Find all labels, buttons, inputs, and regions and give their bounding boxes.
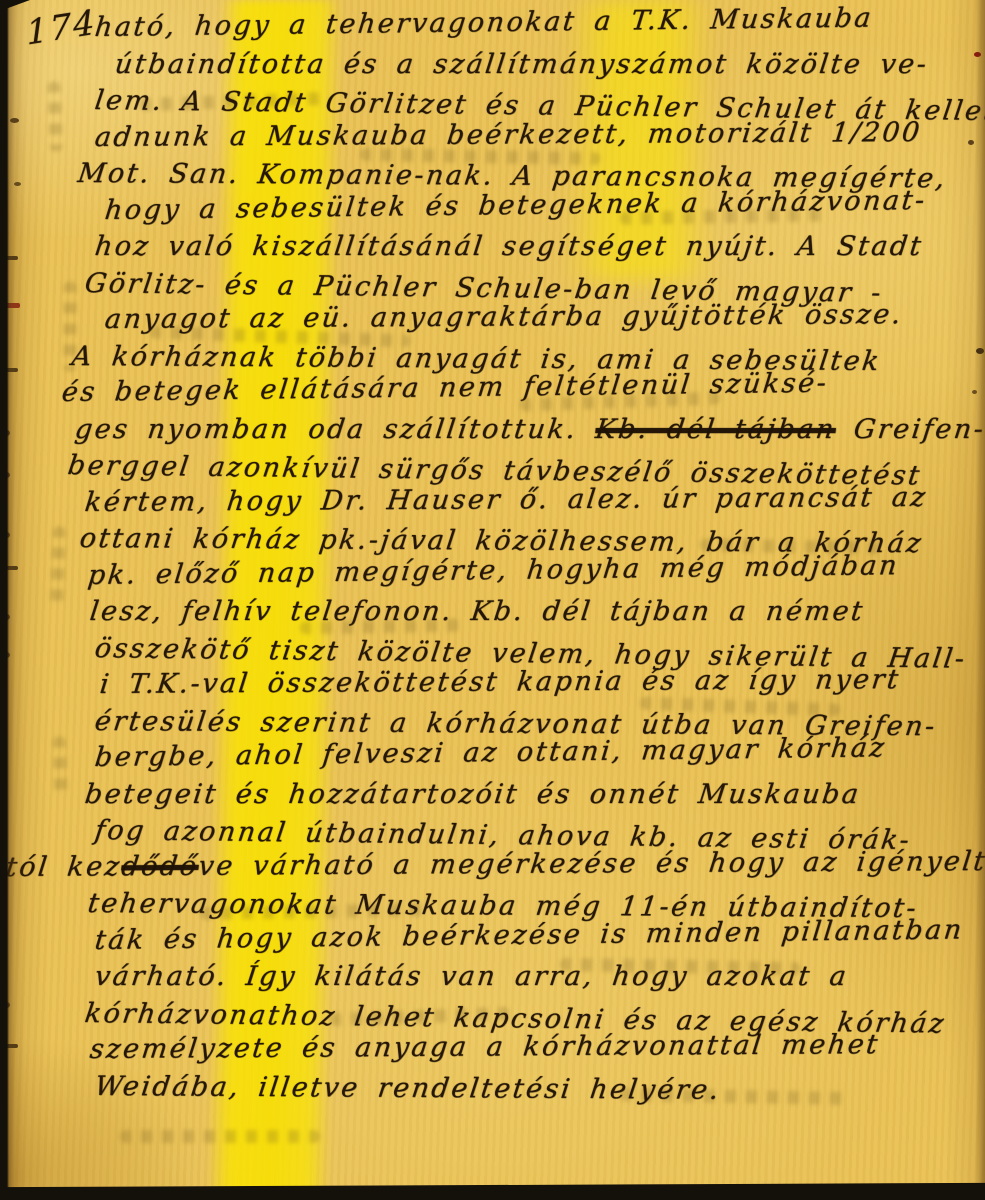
handwritten-line: adnunk a Muskauba beérkezett, motorizált… [93, 116, 923, 152]
margin-mark-red-dash [3, 303, 20, 308]
handwritten-line: ható, hogy a tehervagonokat a T.K. Muska… [93, 3, 875, 43]
text-segment: anyagot az eü. anyagraktárba gyűjtötték … [103, 299, 905, 335]
margin-mark-dash [3, 368, 18, 372]
text-segment: pk. előző nap megígérte, hogyha még módj… [86, 550, 900, 591]
margin-mark-dot [3, 532, 10, 538]
handwritten-line: kértem, hogy Dr. Hauser ő. alez. úr para… [83, 481, 929, 517]
text-segment: személyzete és anyaga a kórházvonattal m… [88, 1029, 881, 1065]
ink-speck [968, 140, 974, 145]
margin-mark-dot [3, 472, 10, 478]
text-segment: Greifen- [834, 414, 985, 445]
handwritten-line: betegeit és hozzátartozóit és onnét Musk… [83, 779, 862, 810]
ink-speck [14, 182, 21, 186]
scanned-document-page: 174 ható, hogy a tehervagonokat a T.K. M… [0, 0, 985, 1200]
text-segment: és betegek ellátására nem feltétlenül sz… [60, 368, 830, 408]
text-segment: útbaindította és a szállítmányszámot köz… [113, 49, 930, 80]
margin-mark-dot [3, 614, 10, 620]
text-segment: ve várható a megérkezése és hogy az igén… [197, 846, 985, 882]
text-segment: Weidába, illetve rendeltetési helyére. [93, 1071, 723, 1106]
ink-speck [972, 390, 977, 394]
margin-mark-dash [3, 1044, 18, 1048]
page-number: 174 [25, 2, 97, 53]
handwritten-line: hogy a sebesültek és betegeknek a kórház… [103, 184, 928, 225]
text-segment: ható, hogy a tehervagonokat a T.K. Muska… [93, 3, 875, 43]
bleedthrough-smudge [120, 1130, 320, 1143]
text-segment: ges nyomban oda szállítottuk. [73, 414, 597, 445]
margin-mark-dash [3, 566, 18, 570]
handwritten-line: hoz való kiszállításánál segítséget nyúj… [93, 231, 925, 262]
handwritten-line: várható. Így kilátás van arra, hogy azok… [93, 961, 850, 992]
handwritten-line: és betegek ellátására nem feltétlenül sz… [60, 368, 830, 408]
scan-edge-right [975, 0, 985, 1200]
text-segment: tól kez [4, 851, 123, 883]
struck-text: dődő [120, 850, 201, 881]
handwritten-line: i T.K.-val összeköttetést kapnia és az í… [98, 664, 902, 700]
bleedthrough-smudge [47, 81, 62, 151]
ink-speck [10, 118, 19, 123]
handwritten-line: tól kezdődőve várható a megérkezése és h… [4, 846, 985, 883]
text-segment: hogy a sebesültek és betegeknek a kórház… [103, 184, 928, 225]
scan-edge-bottom [0, 1183, 985, 1200]
text-segment: hoz való kiszállításánál segítséget nyúj… [93, 231, 925, 262]
handwritten-line: ták és hogy azok beérkezése is minden pi… [93, 914, 965, 956]
text-segment: bergbe, ahol felveszi az ottani, magyar … [93, 732, 888, 773]
text-segment: adnunk a Muskauba beérkezett, motorizált… [93, 116, 923, 152]
handwritten-line: Weidába, illetve rendeltetési helyére. [93, 1071, 723, 1106]
ink-speck [974, 52, 981, 57]
text-segment: lesz, felhív telefonon. Kb. dél tájban a… [88, 596, 866, 627]
margin-mark-dot [3, 430, 10, 436]
bleedthrough-smudge [52, 736, 67, 796]
margin-mark-dash [3, 256, 18, 260]
handwritten-line: pk. előző nap megígérte, hogyha még módj… [86, 550, 900, 591]
scan-corner-mark [0, 0, 30, 11]
margin-mark-dot [3, 1002, 10, 1008]
struck-text: Kb. dél tájban [594, 414, 838, 445]
handwritten-line: útbaindította és a szállítmányszámot köz… [113, 49, 930, 80]
text-segment: i T.K.-val összeköttetést kapnia és az í… [98, 664, 902, 700]
text-segment: ták és hogy azok beérkezése is minden pi… [93, 914, 965, 956]
handwritten-line: személyzete és anyaga a kórházvonattal m… [88, 1029, 881, 1065]
handwritten-line: anyagot az eü. anyagraktárba gyűjtötték … [103, 299, 905, 335]
ink-speck [976, 348, 984, 354]
bleedthrough-smudge [50, 526, 66, 606]
scan-edge-left [0, 0, 26, 1200]
handwritten-line: bergbe, ahol felveszi az ottani, magyar … [93, 732, 888, 773]
text-segment: várható. Így kilátás van arra, hogy azok… [93, 961, 850, 992]
handwritten-line: lesz, felhív telefonon. Kb. dél tájban a… [88, 596, 866, 627]
text-segment: betegeit és hozzátartozóit és onnét Musk… [83, 779, 862, 810]
handwritten-line: ges nyomban oda szállítottuk. Kb. dél tá… [73, 414, 985, 445]
margin-mark-dot [3, 652, 10, 658]
text-segment: kértem, hogy Dr. Hauser ő. alez. úr para… [83, 481, 929, 517]
